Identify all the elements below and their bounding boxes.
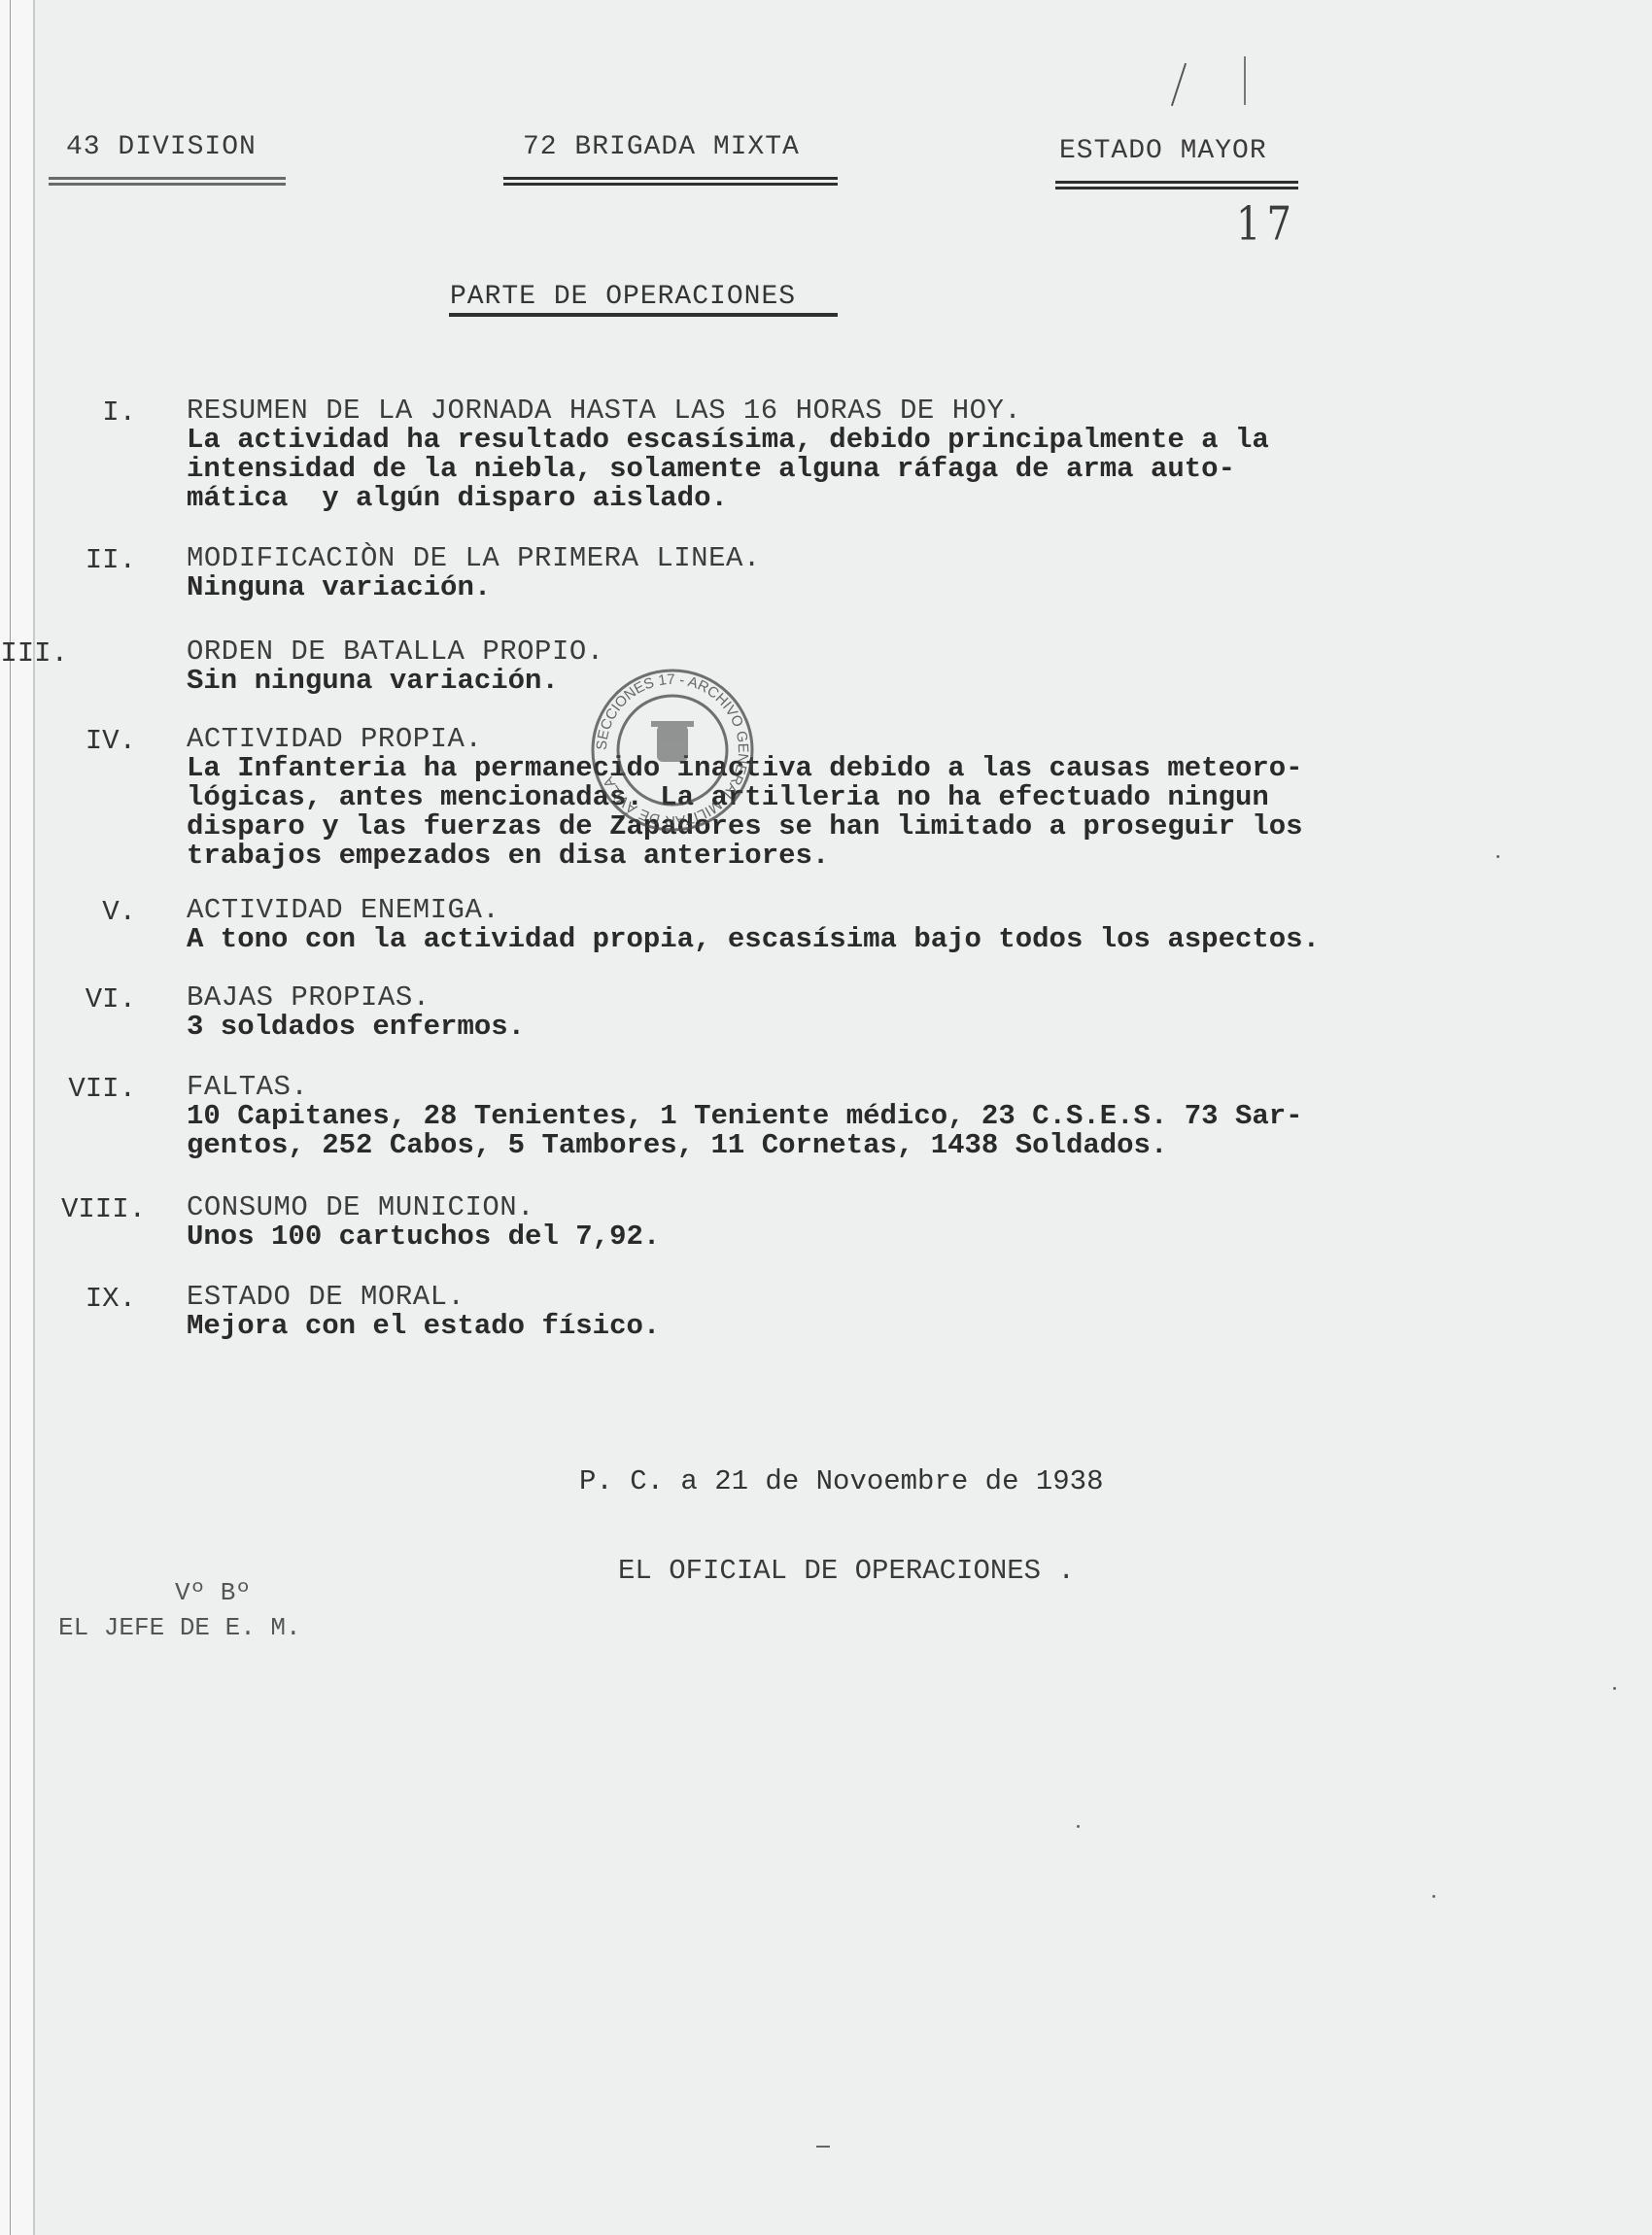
section-body: ORDEN DE BATALLA PROPIO.Sin ninguna vari…	[187, 637, 1411, 696]
section-numeral: VII.	[0, 1073, 136, 1105]
section-numeral: II.	[0, 544, 136, 576]
scan-speck	[1613, 1687, 1616, 1690]
scan-speck	[1497, 855, 1499, 858]
section-body: CONSUMO DE MUNICION.Unos 100 cartuchos d…	[187, 1193, 1411, 1252]
section-text-line: La Infanteria ha permanecido inactiva de…	[187, 754, 1411, 783]
section-text-line: Sin ninguna variación.	[187, 667, 1411, 696]
section-heading: ORDEN DE BATALLA PROPIO.	[187, 637, 1411, 667]
section-body: BAJAS PROPIAS.3 soldados enfermos.	[187, 983, 1411, 1042]
section-body: FALTAS.10 Capitanes, 28 Tenientes, 1 Ten…	[187, 1073, 1411, 1160]
section-text-line: lógicas, antes mencionadas. La artilleri…	[187, 783, 1411, 812]
section-numeral: I.	[0, 396, 136, 429]
section-numeral: IV.	[0, 725, 136, 757]
archive-stamp-icon: SECCIONES 17 - ARCHIVO GENERAL MILITAR D…	[589, 667, 756, 834]
approver: EL JEFE DE E. M.	[58, 1613, 301, 1642]
section-text: La actividad ha resultado escasísima, de…	[187, 426, 1411, 513]
section-body: MODIFICACIÒN DE LA PRIMERA LINEA.Ninguna…	[187, 544, 1411, 602]
section-heading: ACTIVIDAD PROPIA.	[187, 725, 1411, 754]
section-text-line: trabajos empezados en disa anteriores.	[187, 842, 1411, 871]
brigade-label: 72 BRIGADA MIXTA	[523, 132, 800, 162]
section-text-line: 3 soldados enfermos.	[187, 1013, 1411, 1042]
scan-left-edge	[0, 0, 35, 2235]
section-numeral: V.	[0, 896, 136, 928]
section-text-line: La actividad ha resultado escasísima, de…	[187, 426, 1411, 455]
approval-mark: Vº Bº	[175, 1578, 251, 1607]
section-text: 3 soldados enfermos.	[187, 1013, 1411, 1042]
section-heading: RESUMEN DE LA JORNADA HASTA LAS 16 HORAS…	[187, 396, 1411, 426]
handwritten-mark	[1244, 56, 1246, 105]
page-number-handwritten: 17	[1236, 197, 1297, 251]
scan-speck	[1077, 1825, 1080, 1828]
section-text-line: Unos 100 cartuchos del 7,92.	[187, 1222, 1411, 1252]
section-heading: ACTIVIDAD ENEMIGA.	[187, 896, 1411, 925]
scan-speck	[816, 2146, 830, 2148]
division-underline	[49, 177, 286, 186]
section-heading: FALTAS.	[187, 1073, 1411, 1102]
section-numeral: VI.	[0, 983, 136, 1015]
place-date: P. C. a 21 de Novoembre de 1938	[579, 1465, 1104, 1497]
section-text: Mejora con el estado físico.	[187, 1312, 1411, 1341]
section-text-line: Mejora con el estado físico.	[187, 1312, 1411, 1341]
section-numeral: VIII.	[10, 1193, 146, 1225]
section-text: Ninguna variación.	[187, 573, 1411, 602]
section-text-line: Ninguna variación.	[187, 573, 1411, 602]
title-underline	[449, 313, 838, 317]
section-text-line: disparo y las fuerzas de Zapadores se ha…	[187, 812, 1411, 842]
section-text-line: mática y algún disparo aislado.	[187, 484, 1411, 513]
handwritten-mark	[1171, 63, 1187, 106]
section-text-line: A tono con la actividad propia, escasísi…	[187, 925, 1411, 954]
section-text-line: intensidad de la niebla, solamente algun…	[187, 455, 1411, 484]
signatory: EL OFICIAL DE OPERACIONES .	[618, 1555, 1075, 1587]
section-heading: MODIFICACIÒN DE LA PRIMERA LINEA.	[187, 544, 1411, 573]
section-body: ESTADO DE MORAL.Mejora con el estado fís…	[187, 1283, 1411, 1341]
section-numeral: III.	[0, 637, 68, 670]
document-title: PARTE DE OPERACIONES	[450, 282, 796, 312]
section-text-line: gentos, 252 Cabos, 5 Tambores, 11 Cornet…	[187, 1131, 1411, 1160]
brigade-underline	[503, 177, 838, 186]
section-heading: BAJAS PROPIAS.	[187, 983, 1411, 1013]
section-text: A tono con la actividad propia, escasísi…	[187, 925, 1411, 954]
staff-underline	[1055, 181, 1298, 189]
staff-label: ESTADO MAYOR	[1059, 136, 1267, 166]
section-numeral: IX.	[0, 1283, 136, 1315]
section-text: Sin ninguna variación.	[187, 667, 1411, 696]
section-heading: ESTADO DE MORAL.	[187, 1283, 1411, 1312]
section-text: Unos 100 cartuchos del 7,92.	[187, 1222, 1411, 1252]
scan-speck	[1432, 1895, 1435, 1898]
section-body: RESUMEN DE LA JORNADA HASTA LAS 16 HORAS…	[187, 396, 1411, 513]
section-text-line: 10 Capitanes, 28 Tenientes, 1 Teniente m…	[187, 1102, 1411, 1131]
section-text: 10 Capitanes, 28 Tenientes, 1 Teniente m…	[187, 1102, 1411, 1160]
division-label: 43 DIVISION	[66, 132, 257, 162]
section-text: La Infanteria ha permanecido inactiva de…	[187, 754, 1411, 871]
section-heading: CONSUMO DE MUNICION.	[187, 1193, 1411, 1222]
section-body: ACTIVIDAD ENEMIGA.A tono con la activida…	[187, 896, 1411, 954]
section-body: ACTIVIDAD PROPIA.La Infanteria ha perman…	[187, 725, 1411, 871]
